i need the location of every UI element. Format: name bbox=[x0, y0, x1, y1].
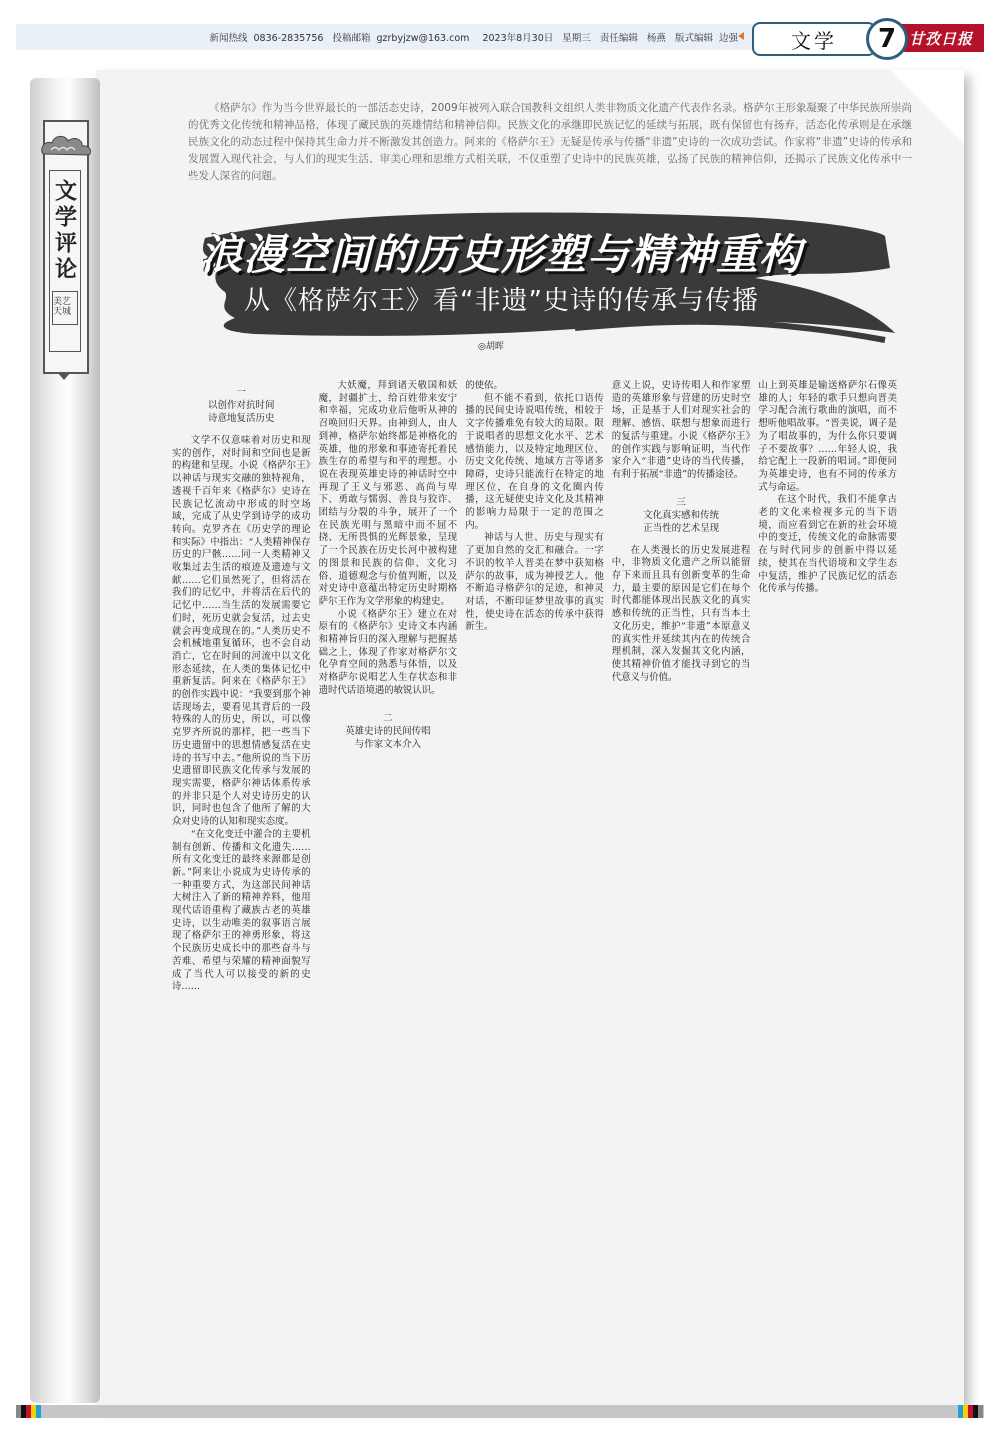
section-number: 一 bbox=[172, 386, 311, 399]
hotline-label: 新闻热线 bbox=[209, 33, 247, 44]
body-column-2: 大妖魔，拜到诸天敬国和妖魔，封疆扩土，给百姓带来安宁和幸福，完成功业后他听从神的… bbox=[319, 380, 458, 1390]
body-column-1: 一 以创作对抗时间 诗意地复活历史 文学不仅意味着对历史和现实的创作，对时间和空… bbox=[172, 380, 311, 1390]
article-lead: 《格萨尔》作为当今世界最长的一部活态史诗，2009年被列入联合国教科文组织人类非… bbox=[188, 100, 912, 185]
color-registration-marks-left bbox=[16, 1405, 41, 1418]
section-heading-3: 三 文化真实感和传统 正当性的艺术呈现 bbox=[612, 496, 751, 535]
auspicious-cloud-icon bbox=[37, 132, 95, 162]
page-number: 7 bbox=[866, 18, 908, 60]
paragraph: 在这个时代，我们不能拿古老的文化来检视多元的当下语境，而应看到它在新的社会环境中… bbox=[758, 494, 897, 596]
editor-name: 杨燕 bbox=[647, 33, 666, 44]
column-seal: 美艺天城 bbox=[52, 291, 78, 325]
layout-editor-name: 边强 bbox=[719, 33, 738, 44]
paragraph: 小说《格萨尔王》建立在对原有的《格萨尔》史诗文本内涵和精神旨归的深入理解与把握基… bbox=[319, 609, 458, 698]
article-byline: ◎胡晖 bbox=[478, 339, 504, 352]
hotline-number: 0836-2835756 bbox=[254, 33, 324, 44]
editor-label: 责任编辑 bbox=[600, 33, 638, 44]
triangle-marker-icon bbox=[738, 32, 744, 40]
section-heading-line: 诗意地复活历史 bbox=[172, 412, 311, 425]
paragraph: 但不能不看到，依托口语传播的民间史诗说唱传统，相较于文字传播难免有较大的局限。限… bbox=[465, 393, 604, 533]
paragraph: 神话与人世、历史与现实有了更加自然的交汇和融合。一字不识的牧羊人晋美在梦中获知格… bbox=[465, 532, 604, 634]
body-column-5: 山上到英雄是输送格萨尔石像英雄的人；年轻的歌手只想向晋美学习配合流行歌曲的演唱，… bbox=[758, 380, 897, 1390]
article-subtitle: 从《格萨尔王》看“非遗”史诗的传承与传播 bbox=[244, 280, 759, 317]
section-heading-1: 一 以创作对抗时间 诗意地复活历史 bbox=[172, 386, 311, 425]
section-heading-line: 以创作对抗时间 bbox=[172, 399, 311, 412]
issue-date: 2023年8月30日 bbox=[482, 33, 553, 44]
section-heading-line: 与作家文本介入 bbox=[319, 738, 458, 751]
email-address[interactable]: gzrbyjzw@163.com bbox=[377, 33, 470, 44]
paragraph: 的使依。 bbox=[465, 380, 604, 393]
section-heading-line: 正当性的艺术呈现 bbox=[612, 522, 751, 535]
article-title: 浪漫空间的历史形塑与精神重构 bbox=[200, 222, 900, 282]
section-number: 三 bbox=[612, 496, 751, 509]
section-heading-line: 文化真实感和传统 bbox=[612, 509, 751, 522]
column-title: 文学评论 bbox=[50, 179, 81, 283]
print-registration-bar bbox=[16, 1405, 984, 1418]
column-label: 文学评论 美艺天城 bbox=[43, 120, 89, 374]
body-column-4: 意义上说，史诗传唱人和作家塑造的英雄形象与营建的历史时空场，正是基于人们对现实社… bbox=[612, 380, 751, 1390]
section-number: 二 bbox=[319, 712, 458, 725]
color-registration-marks-right bbox=[958, 1405, 983, 1418]
article-body: 一 以创作对抗时间 诗意地复活历史 文学不仅意味着对历史和现实的创作，对时间和空… bbox=[172, 380, 897, 1390]
column-label-frame: 文学评论 美艺天城 bbox=[49, 170, 81, 352]
paragraph: 意义上说，史诗传唱人和作家塑造的英雄形象与营建的历史时空场，正是基于人们对现实社… bbox=[612, 380, 751, 482]
section-heading-2: 二 英雄史诗的民间传唱 与作家文本介入 bbox=[319, 712, 458, 751]
paragraph: “在文化变迁中灌合的主要机制有创新、传播和文化遗失……所有文化变迁的最终来源都是… bbox=[172, 829, 311, 994]
label-pointer-icon bbox=[57, 372, 71, 380]
newspaper-logo: 甘孜日报 bbox=[898, 24, 984, 52]
weekday: 星期三 bbox=[562, 33, 591, 44]
masthead-info: 新闻热线 0836-2835756 投稿邮箱 gzrbyjzw@163.com … bbox=[203, 30, 738, 44]
paragraph: 文学不仅意味着对历史和现实的创作，对时间和空间也是新的构建和呈现。小说《格萨尔王… bbox=[172, 435, 311, 829]
paragraph: 在人类漫长的历史发展进程中，非物质文化遗产之所以能留存下来而且具有创新变革的生命… bbox=[612, 545, 751, 685]
section-heading-line: 英雄史诗的民间传唱 bbox=[319, 725, 458, 738]
layout-editor-label: 版式编辑 bbox=[675, 33, 713, 44]
section-name: 文学 bbox=[752, 22, 876, 56]
paragraph: 大妖魔，拜到诸天敬国和妖魔，封疆扩土，给百姓带来安宁和幸福，完成功业后他听从神的… bbox=[319, 380, 458, 609]
body-column-3: 的使依。 但不能不看到，依托口语传播的民间史诗说唱传统，相较于文字传播难免有较大… bbox=[465, 380, 604, 1390]
email-label: 投稿邮箱 bbox=[332, 33, 370, 44]
paragraph: 山上到英雄是输送格萨尔石像英雄的人；年轻的歌手只想向晋美学习配合流行歌曲的演唱，… bbox=[758, 380, 897, 494]
